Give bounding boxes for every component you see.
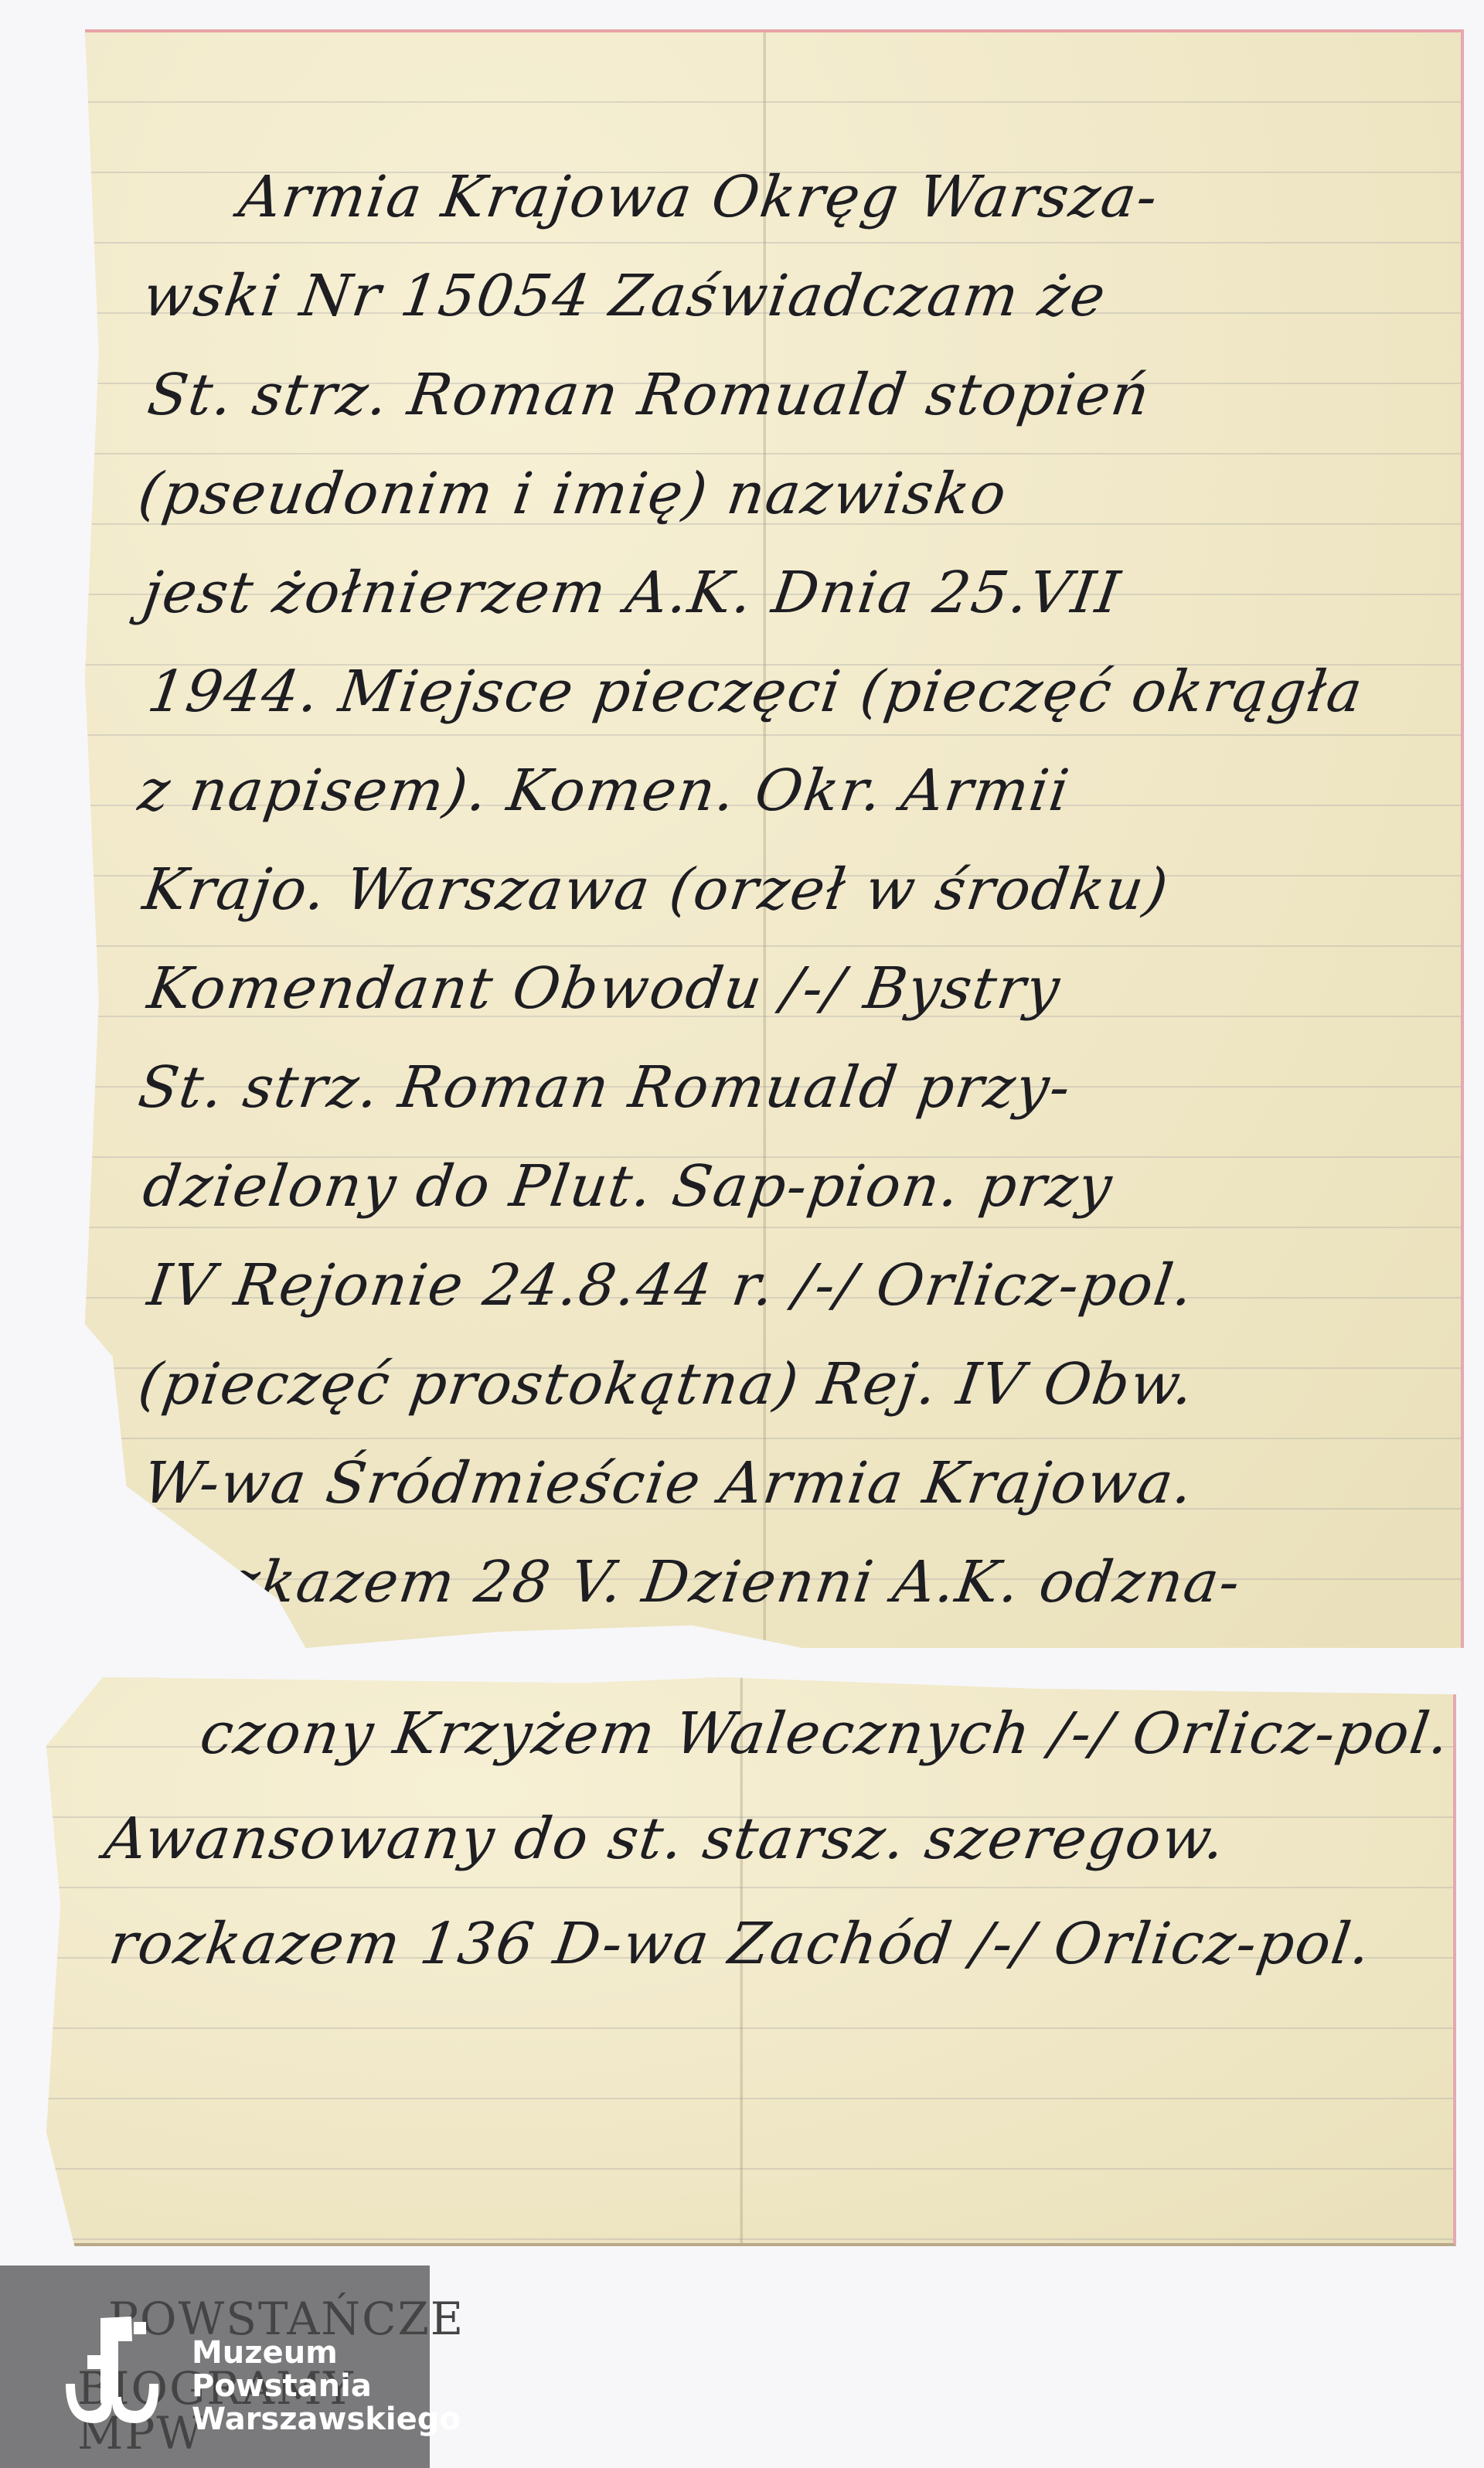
museum-name-line-2: Powstania (192, 2370, 461, 2403)
museum-name-line-3: Warszawskiego (192, 2403, 461, 2436)
handwritten-line: Rozkazem 28 V. Dzienni A.K. odzna- (144, 1549, 1245, 1615)
handwritten-line: (pieczęć prostokątna) Rej. IV Obw. (134, 1351, 1199, 1418)
handwritten-line: W-wa Śródmieście Armia Krajowa. (139, 1450, 1198, 1517)
handwritten-line: czony Krzyżem Walecznych /-/ Orlicz-pol. (196, 1700, 1455, 1767)
handwritten-line: St. strz. Roman Romuald przy- (134, 1054, 1076, 1121)
handwritten-line: z napisem). Komen. Okr. Armii (134, 757, 1074, 824)
handwritten-line: Komendant Obwodu /-/ Bystry (144, 955, 1065, 1022)
document-lower-piece: czony Krzyżem Walecznych /-/ Orlicz-pol.… (46, 1677, 1456, 2246)
handwritten-line: Krajo. Warszawa (orzeł w środku) (139, 856, 1173, 923)
handwritten-line: dzielony do Plut. Sap-pion. przy (139, 1153, 1117, 1220)
document-upper-piece: Armia Krajowa Okręg Warsza-wski Nr 15054… (85, 29, 1464, 1648)
handwritten-line: St. strz. Roman Romuald stopień (144, 362, 1155, 428)
handwritten-line: rozkazem 136 D-wa Zachód /-/ Orlicz-pol. (105, 1911, 1376, 1977)
museum-watermark: POWSTAŃCZE BIOGRAMY MPW Muzeum Powstania… (0, 2265, 430, 2468)
handwritten-line: wski Nr 15054 Zaświadczam że (139, 263, 1111, 329)
handwritten-line: Armia Krajowa Okręg Warsza- (235, 164, 1162, 230)
museum-name-line-1: Muzeum (192, 2337, 461, 2370)
handwritten-line: (pseudonim i imię) nazwisko (134, 461, 1012, 527)
museum-name: Muzeum Powstania Warszawskiego (192, 2337, 461, 2436)
handwritten-line: 1944. Miejsce pieczęci (pieczęć okrągła (144, 659, 1367, 725)
handwritten-line: Awansowany do st. starsz. szeregow. (100, 1806, 1230, 1872)
handwritten-line: jest żołnierzem A.K. Dnia 25.VII (139, 560, 1125, 626)
anchor-kotwica-icon (58, 2310, 166, 2426)
handwritten-line: IV Rejonie 24.8.44 r. /-/ Orlicz-pol. (144, 1252, 1199, 1319)
